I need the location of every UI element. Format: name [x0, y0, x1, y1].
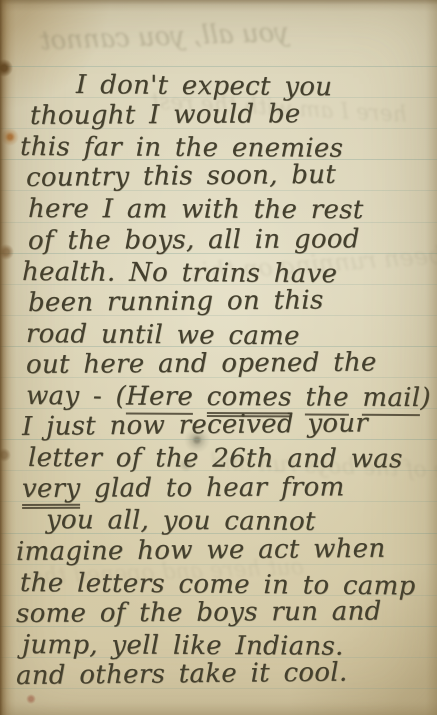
letter-text: I just now received your	[22, 408, 368, 442]
letter-text: road until we came	[26, 319, 300, 351]
letter-text: this far in the enemies	[20, 132, 343, 164]
letter-text: imagine how we act when	[16, 533, 386, 566]
letter-text: jump, yell like Indians.	[22, 630, 344, 662]
letter-line: some of the boys run and	[16, 596, 382, 629]
letter-text: here I am with the rest	[28, 194, 364, 225]
letter-line: jump, yell like Indians.	[22, 630, 344, 662]
letter-line: country this soon, but	[26, 160, 336, 193]
letter-text: out here and opened the	[26, 347, 377, 379]
letter-text: way - (	[26, 381, 126, 412]
letter-text: country this soon, but	[26, 160, 336, 193]
letter-text: of the boys, all in good	[28, 224, 360, 256]
letter-text: glad to hear from	[80, 473, 344, 504]
letter-text: health. No trains have	[22, 257, 338, 289]
letter-text	[193, 382, 207, 412]
letter-text: )	[420, 383, 431, 413]
letter-line: way - (Here comes the mail)	[26, 381, 431, 413]
paper-left-edge-stain	[0, 0, 16, 715]
letter-text: been running on this	[28, 285, 324, 318]
letter-line: here I am with the rest	[28, 194, 364, 225]
letter-text: I don't expect you	[76, 70, 333, 102]
letter-line: I just now received your	[22, 408, 368, 442]
letter-line: of the boys, all in good	[28, 224, 360, 256]
letter-line: thought I would be	[30, 99, 301, 131]
letter-text: some of the boys run and	[16, 596, 382, 629]
letter-line: I don't expect you	[76, 70, 333, 102]
letter-page: you all, you cannot here I am with the r…	[0, 0, 437, 715]
underlined-word: mail	[362, 383, 420, 416]
letter-line: this far in the enemies	[20, 132, 343, 164]
letter-text: and others take it cool.	[16, 657, 348, 690]
letter-text	[292, 382, 306, 412]
letter-line: very glad to hear from	[22, 473, 345, 505]
letter-line: you all, you cannot	[46, 505, 316, 537]
letter-line: imagine how we act when	[16, 533, 386, 566]
letter-line: health. No trains have	[22, 257, 338, 289]
letter-text: you all, you cannot	[46, 505, 316, 537]
bleed-through-text: you all, you cannot	[40, 18, 290, 57]
ruled-line	[0, 66, 437, 67]
letter-line: road until we came	[26, 319, 300, 351]
letter-text: letter of the 26th and was	[28, 443, 403, 474]
letter-line: out here and opened the	[26, 347, 377, 379]
letter-line: been running on this	[28, 285, 324, 318]
underlined-word: very	[22, 474, 81, 509]
letter-line: and others take it cool.	[16, 657, 348, 690]
letter-text: thought I would be	[30, 99, 301, 131]
letter-line: letter of the 26th and was	[28, 443, 403, 474]
